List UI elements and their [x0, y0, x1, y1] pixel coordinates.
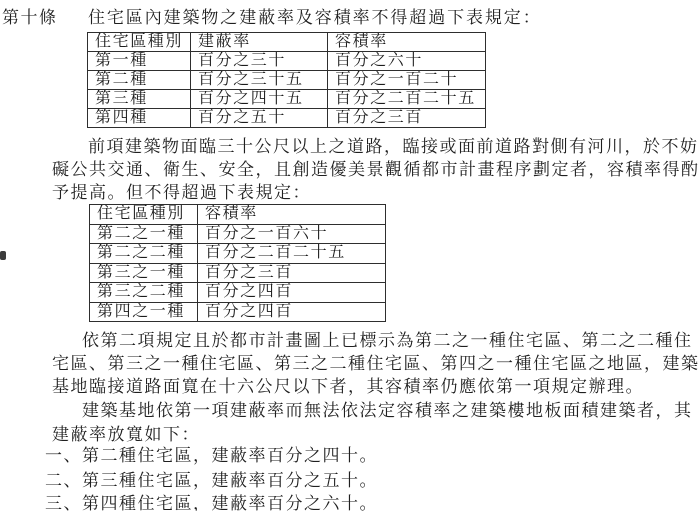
- table-cell: 第二種: [88, 71, 191, 90]
- table-cell: 百分之六十: [328, 52, 486, 71]
- document-page: 第十條 住宅區內建築物之建蔽率及容積率不得超過下表規定： 住宅區種別 建蔽率 容…: [0, 0, 700, 511]
- paragraph-line: 予提高。但不得超過下表規定：: [52, 183, 311, 203]
- intro-text: 住宅區內建築物之建蔽率及容積率不得超過下表規定：: [88, 8, 542, 28]
- paragraph-line: 基地臨接道路面寬在十六公尺以下者，其容積率仍應依第一項規定辦理。: [52, 377, 644, 397]
- article-number: 第十條: [2, 8, 58, 28]
- table-cell: 百分之一百六十: [198, 224, 386, 244]
- table-cell: 第四種: [88, 109, 191, 128]
- list-item: 三、第四種住宅區，建蔽率百分之六十。: [45, 494, 378, 511]
- table-row: 第二種 百分之三十五 百分之一百二十: [88, 71, 486, 90]
- table-cell: 第三之二種: [90, 283, 198, 303]
- table-cell: 百分之二百二十五: [198, 244, 386, 264]
- table-cell: 百分之三百: [198, 263, 386, 283]
- table-cell: 百分之五十: [191, 109, 328, 128]
- table-header-cell: 容積率: [198, 205, 386, 225]
- table-header-cell: 住宅區種別: [88, 33, 191, 52]
- paragraph-line: 建築基地依第一項建蔽率而無法依法定容積率之建築樓地板面積建築者，其: [82, 401, 693, 421]
- table-cell: 百分之三十五: [191, 71, 328, 90]
- table-cell: 百分之四百: [198, 283, 386, 303]
- table-cell: 百分之四百: [198, 302, 386, 322]
- table-row: 第二之二種 百分之二百二十五: [90, 244, 386, 264]
- paragraph-line: 依第二項規定且於都市計畫圖上已標示為第二之一種住宅區、第二之二種住: [82, 331, 693, 351]
- table-header-cell: 住宅區種別: [90, 205, 198, 225]
- table-header-cell: 容積率: [328, 33, 486, 52]
- table-cell: 百分之二百二十五: [328, 90, 486, 109]
- table-row: 第三種 百分之四十五 百分之二百二十五: [88, 90, 486, 109]
- bonus-floor-area-ratio-table: 住宅區種別 容積率 第二之一種 百分之一百六十 第二之二種 百分之二百二十五 第…: [89, 204, 386, 322]
- margin-ink-artifact: [0, 251, 6, 260]
- table-cell: 百分之四十五: [191, 90, 328, 109]
- table-header-row: 住宅區種別 容積率: [90, 205, 386, 225]
- table-cell: 第三之一種: [90, 263, 198, 283]
- paragraph-line: 宅區、第三之一種住宅區、第三之二種住宅區、第四之一種住宅區之地區，建築: [52, 354, 700, 374]
- table-cell: 第四之一種: [90, 302, 198, 322]
- paragraph-line: 建蔽率放寬如下：: [52, 425, 200, 445]
- table-cell: 百分之三十: [191, 52, 328, 71]
- table-row: 第一種 百分之三十 百分之六十: [88, 52, 486, 71]
- list-item: 一、第二種住宅區，建蔽率百分之四十。: [45, 446, 378, 466]
- table-header-cell: 建蔽率: [191, 33, 328, 52]
- table-row: 第四之一種 百分之四百: [90, 302, 386, 322]
- table-row: 第二之一種 百分之一百六十: [90, 224, 386, 244]
- table-cell: 第一種: [88, 52, 191, 71]
- table-row: 第三之二種 百分之四百: [90, 283, 386, 303]
- table-cell: 第二之二種: [90, 244, 198, 264]
- paragraph-line: 礙公共交通、衛生、安全，且創造優美景觀循都市計畫程序劃定者，容積率得酌: [52, 160, 700, 180]
- table-cell: 百分之一百二十: [328, 71, 486, 90]
- paragraph-line: 前項建築物面臨三十公尺以上之道路，臨接或面前道路對側有河川，於不妨: [88, 137, 699, 157]
- table-cell: 第二之一種: [90, 224, 198, 244]
- table-cell: 百分之三百: [328, 109, 486, 128]
- list-item: 二、第三種住宅區，建蔽率百分之五十。: [45, 471, 378, 491]
- table-row: 第三之一種 百分之三百: [90, 263, 386, 283]
- coverage-floor-area-ratio-table: 住宅區種別 建蔽率 容積率 第一種 百分之三十 百分之六十 第二種 百分之三十五…: [87, 32, 486, 128]
- table-cell: 第三種: [88, 90, 191, 109]
- table-row: 第四種 百分之五十 百分之三百: [88, 109, 486, 128]
- table-header-row: 住宅區種別 建蔽率 容積率: [88, 33, 486, 52]
